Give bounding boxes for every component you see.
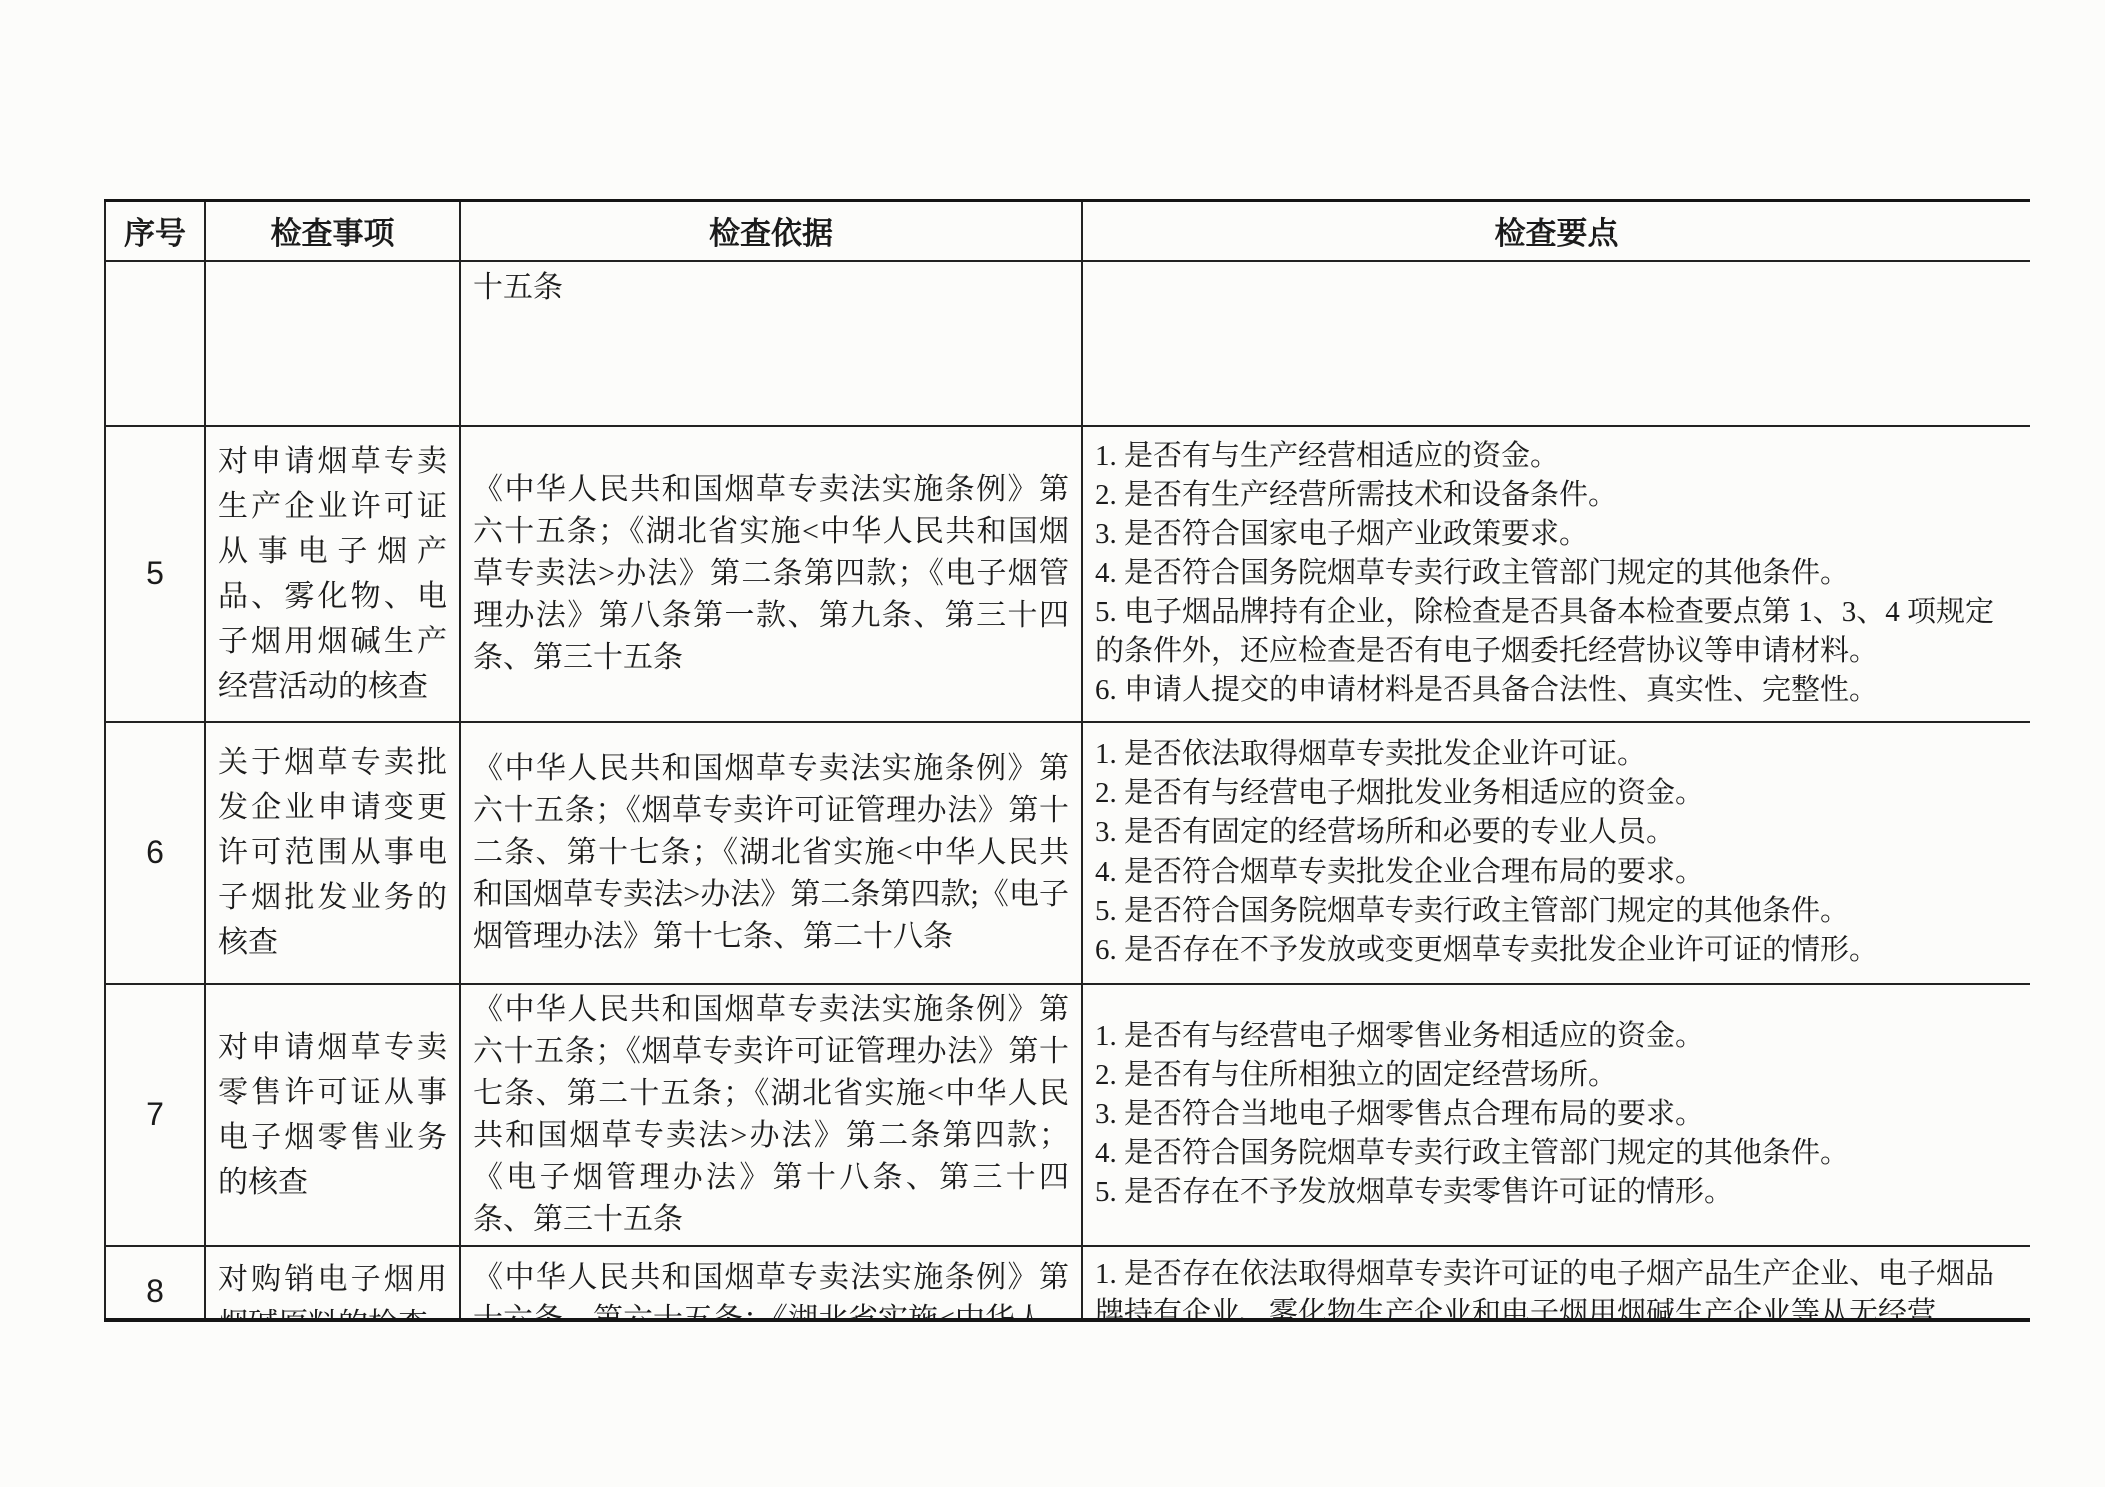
basis-cell: 十五条 — [460, 261, 1082, 426]
point-line: 5. 电子烟品牌持有企业，除检查是否具备本检查要点第 1、3、4 项规定的条件外… — [1095, 593, 2018, 671]
point-line: 4. 是否符合烟草专卖批发企业合理布局的要求。 — [1095, 853, 2018, 892]
seq-cell: 5 — [105, 426, 205, 722]
point-line: 6. 是否存在不予发放或变更烟草专卖批发企业许可证的情形。 — [1095, 931, 2018, 970]
basis-cell: 《中华人民共和国烟草专卖法实施条例》第六十五条；《湖北省实施<中华人民共和国烟草… — [460, 426, 1082, 722]
item-cell: 关于烟草专卖批发企业申请变更许可范围从事电子烟批发业务的核查 — [205, 722, 460, 984]
table-row-continued: 十五条 — [105, 261, 2030, 426]
scanned-page: 序号 检查事项 检查依据 检查要点 十五条 5 对申请烟草专卖生产企业许可证从事… — [0, 0, 2105, 1487]
points-cell: 1. 是否有与经营电子烟零售业务相适应的资金。 2. 是否有与住所相独立的固定经… — [1082, 984, 2030, 1246]
table-row-6: 6 关于烟草专卖批发企业申请变更许可范围从事电子烟批发业务的核查 《中华人民共和… — [105, 722, 2030, 984]
point-line: 1. 是否依法取得烟草专卖批发企业许可证。 — [1095, 735, 2018, 774]
point-line: 3. 是否符合当地电子烟零售点合理布局的要求。 — [1095, 1095, 2018, 1134]
points-cell: 1. 是否有与生产经营相适应的资金。 2. 是否有生产经营所需技术和设备条件。 … — [1082, 426, 2030, 722]
basis-cell: 《中华人民共和国烟草专卖法实施条例》第六十五条；《烟草专卖许可证管理办法》第十七… — [460, 984, 1082, 1246]
basis-cell: 《中华人民共和国烟草专卖法实施条例》第六十五条；《烟草专卖许可证管理办法》第十二… — [460, 722, 1082, 984]
table-row-7: 7 对申请烟草专卖零售许可证从事电子烟零售业务的核查 《中华人民共和国烟草专卖法… — [105, 984, 2030, 1246]
item-cell: 对申请烟草专卖零售许可证从事电子烟零售业务的核查 — [205, 984, 460, 1246]
points-list: 1. 是否有与生产经营相适应的资金。 2. 是否有生产经营所需技术和设备条件。 … — [1095, 437, 2018, 711]
point-line: 1. 是否有与生产经营相适应的资金。 — [1095, 437, 2018, 476]
header-seq: 序号 — [105, 201, 205, 261]
inspection-table: 序号 检查事项 检查依据 检查要点 十五条 5 对申请烟草专卖生产企业许可证从事… — [104, 199, 2030, 1322]
points-list: 1. 是否存在依法取得烟草专卖许可证的电子烟产品生产企业、电子烟品牌持有企业、雾… — [1095, 1255, 2018, 1323]
point-line: 2. 是否有与住所相独立的固定经营场所。 — [1095, 1056, 2018, 1095]
table-row-5: 5 对申请烟草专卖生产企业许可证从事电子烟产品、雾化物、电子烟用烟碱生产经营活动… — [105, 426, 2030, 722]
seq-cell: 6 — [105, 722, 205, 984]
point-line: 4. 是否符合国务院烟草专卖行政主管部门规定的其他条件。 — [1095, 1134, 2018, 1173]
seq-cell — [105, 261, 205, 426]
seq-cell: 7 — [105, 984, 205, 1246]
point-line: 5. 是否符合国务院烟草专卖行政主管部门规定的其他条件。 — [1095, 892, 2018, 931]
point-line: 2. 是否有生产经营所需技术和设备条件。 — [1095, 476, 2018, 515]
header-points: 检查要点 — [1082, 201, 2030, 261]
point-line: 3. 是否有固定的经营场所和必要的专业人员。 — [1095, 813, 2018, 852]
point-line: 1. 是否有与经营电子烟零售业务相适应的资金。 — [1095, 1017, 2018, 1056]
table-header-row: 序号 检查事项 检查依据 检查要点 — [105, 201, 2030, 261]
point-line: 3. 是否符合国家电子烟产业政策要求。 — [1095, 515, 2018, 554]
item-cell: 对购销电子烟用烟碱原料的检查 — [205, 1246, 460, 1323]
point-line: 6. 申请人提交的申请材料是否具备合法性、真实性、完整性。 — [1095, 671, 2018, 710]
point-line: 5. 是否存在不予发放烟草专卖零售许可证的情形。 — [1095, 1173, 2018, 1212]
point-line: 2. 是否有与经营电子烟批发业务相适应的资金。 — [1095, 774, 2018, 813]
header-basis: 检查依据 — [460, 201, 1082, 261]
points-cell: 1. 是否依法取得烟草专卖批发企业许可证。 2. 是否有与经营电子烟批发业务相适… — [1082, 722, 2030, 984]
point-line: 4. 是否符合国务院烟草专卖行政主管部门规定的其他条件。 — [1095, 554, 2018, 593]
item-cell: 对申请烟草专卖生产企业许可证从事电子烟产品、雾化物、电子烟用烟碱生产经营活动的核… — [205, 426, 460, 722]
points-cell — [1082, 261, 2030, 426]
seq-cell: 8 — [105, 1246, 205, 1323]
points-list: 1. 是否依法取得烟草专卖批发企业许可证。 2. 是否有与经营电子烟批发业务相适… — [1095, 735, 2018, 970]
points-cell: 1. 是否存在依法取得烟草专卖许可证的电子烟产品生产企业、电子烟品牌持有企业、雾… — [1082, 1246, 2030, 1323]
point-line: 1. 是否存在依法取得烟草专卖许可证的电子烟产品生产企业、电子烟品牌持有企业、雾… — [1095, 1255, 2018, 1323]
item-cell — [205, 261, 460, 426]
table-row-8: 8 对购销电子烟用烟碱原料的检查 《中华人民共和国烟草专卖法实施条例》第十六条、… — [105, 1246, 2030, 1323]
inspection-table-region: 序号 检查事项 检查依据 检查要点 十五条 5 对申请烟草专卖生产企业许可证从事… — [104, 199, 2030, 1322]
header-item: 检查事项 — [205, 201, 460, 261]
points-list: 1. 是否有与经营电子烟零售业务相适应的资金。 2. 是否有与住所相独立的固定经… — [1095, 1017, 2018, 1213]
basis-cell: 《中华人民共和国烟草专卖法实施条例》第十六条、第六十五条；《湖北省实施<中华人 — [460, 1246, 1082, 1323]
